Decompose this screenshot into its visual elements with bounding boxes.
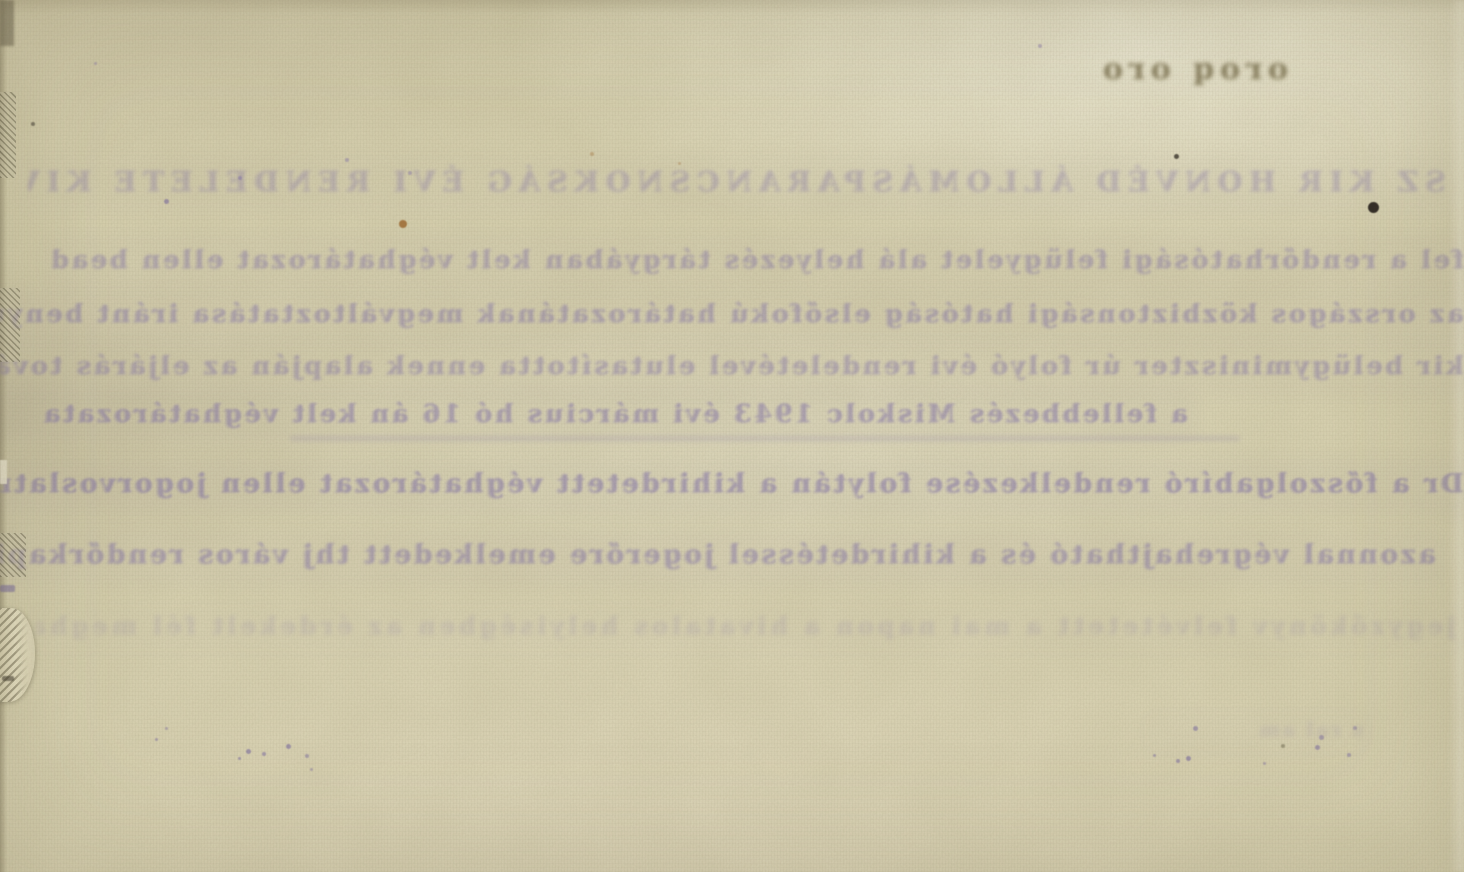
ink-speck [305,754,309,758]
ink-speck [1174,154,1179,159]
ink-speck [238,757,241,760]
ink-speck [590,152,594,156]
ink-speck [1315,745,1320,750]
ink-speck [1263,762,1266,765]
ghost-text-line: jegyzőkönyv felvétetett a mai napon a hi… [36,609,1456,645]
ink-speck [238,176,242,180]
ink-speck [1038,44,1042,48]
edge-mark-notch [0,460,7,484]
edge-mark-hatch [0,533,26,577]
edge-mark-dash-dark [2,676,14,681]
ink-speck [94,62,97,65]
document-page: oroq oro SZ KIR HONVÉD ÁLLOMÁSPARANCSNOK… [0,0,1464,872]
paper-right-edge [1449,0,1464,872]
ghost-text-line: s ral am [1148,714,1364,746]
ink-speck [286,744,291,749]
ink-speck [1368,202,1379,213]
ink-speck [1281,744,1285,748]
ink-speck [155,738,158,741]
watermark-ghost-text: oroq oro [1036,52,1288,96]
ink-speck [345,158,349,162]
ink-speck [1347,753,1351,757]
ink-speck [1176,759,1180,763]
ink-speck [1186,756,1191,761]
ink-speck [164,199,169,204]
ghost-text-line: SZ KIR HONVÉD ÁLLOMÁSPARANCSNOKSÁG ÉVI R… [28,163,1446,203]
ghost-text-line: az országos közbiztonsági hatóság elsőfo… [0,296,1464,333]
edge-mark-corner-dark [0,0,14,46]
edge-mark-hatch [0,288,20,362]
ink-speck [31,122,35,126]
ink-speck [246,749,251,754]
ink-speck [408,171,412,175]
ghost-text-line: a fellebbezés Miskolc 1943 évi március h… [0,396,1188,433]
ink-speck [1193,726,1198,731]
paper-flap [0,608,35,702]
ghost-text-line: Dr a főszolgabíró rendelkezése folytán a… [0,466,1464,504]
ink-speck [165,727,168,730]
underline-smear [290,436,1240,441]
ghost-text-line: kir belügyminiszter úr folyó évi rendele… [0,348,1464,385]
ink-speck [399,220,407,228]
edge-mark-dash-violet [0,585,15,592]
ink-speck [310,768,313,771]
ink-speck [1153,754,1156,757]
ink-speck [1319,735,1324,740]
edge-mark-hatch [0,92,16,178]
ink-speck [1353,726,1357,730]
ink-speck [262,752,266,756]
ghost-text-line: fel a rendőrhatósági felügyelet alá hely… [52,242,1464,279]
ink-speck [678,162,681,165]
ghost-text-line: azonnal végrehajtható és a kihirdetéssel… [0,537,1436,575]
